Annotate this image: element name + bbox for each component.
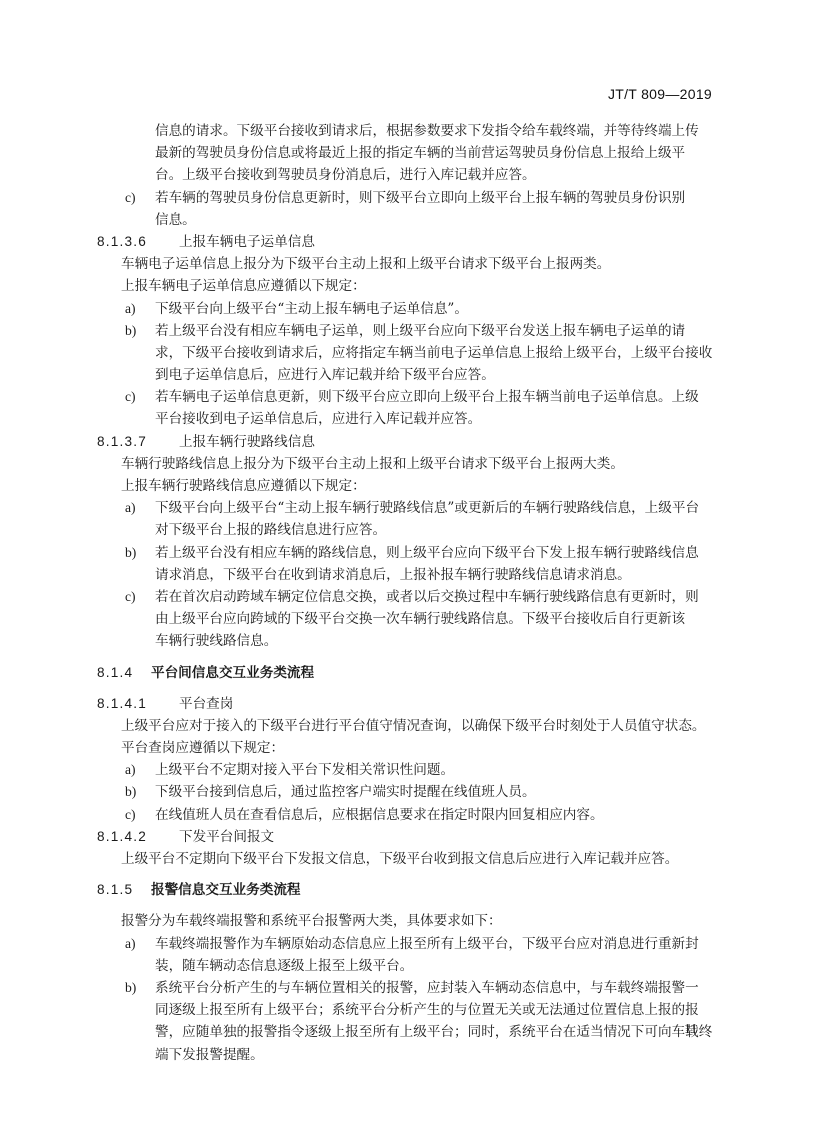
text-line: 对下级平台上报的路线信息进行应答。 bbox=[155, 519, 717, 541]
text-line: 车载终端报警作为车辆原始动态信息应上报至所有上级平台，下级平台应对消息进行重新封 bbox=[155, 933, 717, 955]
list-item: c) 在线值班人员在查看信息后，应根据信息要求在指定时限内回复相应内容。 bbox=[97, 804, 717, 826]
section-number: 8.1.4 bbox=[97, 662, 151, 684]
section-heading-8-1-5: 8.1.5报警信息交互业务类流程 bbox=[97, 879, 717, 901]
text-line: 车辆行驶线路信息。 bbox=[155, 630, 717, 652]
section-title: 上报车辆行驶路线信息 bbox=[179, 434, 315, 450]
list-item: b) 下级平台接到信息后，通过监控客户端实时提醒在线值班人员。 bbox=[97, 781, 717, 803]
text-line: 端下发报警提醒。 bbox=[155, 1044, 717, 1066]
list-item: a) 下级平台向上级平台“主动上报车辆电子运单信息”。 bbox=[97, 298, 717, 320]
text-line: 平台接收到电子运单信息后，应进行入库记载并应答。 bbox=[155, 408, 717, 430]
section-number: 8.1.4.2 bbox=[97, 826, 179, 848]
document-body: 信息的请求。下级平台接收到请求后，根据参数要求下发指令给车载终端，并等待终端上传… bbox=[97, 120, 717, 1066]
list-item: b) 系统平台分析产生的与车辆位置相关的报警，应封装入车辆动态信息中，与车载终端… bbox=[97, 977, 717, 1066]
text-line: 若上级平台没有相应车辆的路线信息，则上级平台应向下级平台下发上报车辆行驶路线信息 bbox=[155, 542, 717, 564]
paragraph: 报警分为车载终端报警和系统平台报警两大类，具体要求如下： bbox=[97, 910, 717, 932]
text-line: 在线值班人员在查看信息后，应根据信息要求在指定时限内回复相应内容。 bbox=[155, 804, 717, 826]
paragraph: 车辆电子运单信息上报分为下级平台主动上报和上级平台请求下级平台上报两类。 bbox=[97, 253, 717, 275]
text-line: 警，应随单独的报警指令逐级上报至所有上级平台；同时，系统平台在适当情况下可向车载… bbox=[155, 1021, 717, 1043]
list-item-label: a) bbox=[97, 759, 155, 781]
list-item: c) 若在首次启动跨域车辆定位信息交换，或者以后交换过程中车辆行驶线路信息有更新… bbox=[97, 586, 717, 653]
list-item-label: b) bbox=[97, 320, 155, 387]
section-title: 上报车辆电子运单信息 bbox=[179, 234, 315, 250]
text-line: 下级平台接到信息后，通过监控客户端实时提醒在线值班人员。 bbox=[155, 781, 717, 803]
list-item: b) 若上级平台没有相应车辆电子运单，则上级平台应向下级平台发送上报车辆电子运单… bbox=[97, 320, 717, 387]
text-line: 信息。 bbox=[155, 209, 717, 231]
section-title: 报警信息交互业务类流程 bbox=[151, 882, 301, 898]
list-item: a) 车载终端报警作为车辆原始动态信息应上报至所有上级平台，下级平台应对消息进行… bbox=[97, 933, 717, 977]
list-item-label: c) bbox=[97, 586, 155, 653]
list-item-label: c) bbox=[97, 386, 155, 430]
list-item: b) 若上级平台没有相应车辆的路线信息，则上级平台应向下级平台下发上报车辆行驶路… bbox=[97, 542, 717, 586]
text-line: 到电子运单信息后，应进行入库记载并给下级平台应答。 bbox=[155, 364, 717, 386]
list-item-label: c) bbox=[97, 187, 155, 231]
section-heading-8-1-4-1: 8.1.4.1平台查岗 bbox=[97, 693, 717, 715]
paragraph: 上报车辆电子运单信息应遵循以下规定： bbox=[97, 275, 717, 297]
text-line: 由上级平台应向跨域的下级平台交换一次车辆行驶线路信息。下级平台接收后自行更新该 bbox=[155, 608, 717, 630]
text-line: 若在首次启动跨域车辆定位信息交换，或者以后交换过程中车辆行驶线路信息有更新时，则 bbox=[155, 586, 717, 608]
list-item-label: b) bbox=[97, 977, 155, 1066]
section-number: 8.1.5 bbox=[97, 879, 151, 901]
section-number: 8.1.3.6 bbox=[97, 231, 179, 253]
text-line: 上级平台不定期对接入平台下发相关常识性问题。 bbox=[155, 759, 717, 781]
list-item: c) 若车辆电子运单信息更新，则下级平台应立即向上级平台上报车辆当前电子运单信息… bbox=[97, 386, 717, 430]
text-line: 若车辆电子运单信息更新，则下级平台应立即向上级平台上报车辆当前电子运单信息。上级 bbox=[155, 386, 717, 408]
section-heading-8-1-4: 8.1.4平台间信息交互业务类流程 bbox=[97, 662, 717, 684]
text-line: 台。上级平台接收到驾驶员身份消息后，进行入库记载并应答。 bbox=[97, 164, 717, 186]
section-number: 8.1.3.7 bbox=[97, 431, 179, 453]
text-line: 若上级平台没有相应车辆电子运单，则上级平台应向下级平台发送上报车辆电子运单的请 bbox=[155, 320, 717, 342]
text-line: 下级平台向上级平台“主动上报车辆电子运单信息”。 bbox=[155, 298, 717, 320]
text-line: 同逐级上报至所有上级平台；系统平台分析产生的与位置无关或无法通过位置信息上报的报 bbox=[155, 999, 717, 1021]
section-title: 下发平台间报文 bbox=[179, 829, 274, 845]
list-item-label: b) bbox=[97, 542, 155, 586]
paragraph: 上级平台不定期向下级平台下发报文信息，下级平台收到报文信息后应进行入库记载并应答… bbox=[97, 848, 717, 870]
text-line: 系统平台分析产生的与车辆位置相关的报警，应封装入车辆动态信息中，与车载终端报警一 bbox=[155, 977, 717, 999]
list-item-label: a) bbox=[97, 497, 155, 541]
list-item-label: c) bbox=[97, 804, 155, 826]
text-line: 装，随车辆动态信息逐级上报至上级平台。 bbox=[155, 955, 717, 977]
list-item-label: a) bbox=[97, 933, 155, 977]
list-item: a) 上级平台不定期对接入平台下发相关常识性问题。 bbox=[97, 759, 717, 781]
section-title: 平台间信息交互业务类流程 bbox=[151, 665, 314, 681]
section-title: 平台查岗 bbox=[179, 696, 233, 712]
list-item: a) 下级平台向上级平台“主动上报车辆行驶路线信息”或更新后的车辆行驶路线信息，… bbox=[97, 497, 717, 541]
text-line: 求，下级平台接收到请求后，应将指定车辆当前电子运单信息上报给上级平台，上级平台接… bbox=[155, 342, 717, 364]
paragraph: 上级平台应对于接入的下级平台进行平台值守情况查询，以确保下级平台时刻处于人员值守… bbox=[97, 715, 717, 737]
list-item: c) 若车辆的驾驶员身份信息更新时，则下级平台立即向上级平台上报车辆的驾驶员身份… bbox=[97, 187, 717, 231]
text-line: 下级平台向上级平台“主动上报车辆行驶路线信息”或更新后的车辆行驶路线信息，上级平… bbox=[155, 497, 717, 519]
section-heading-8-1-4-2: 8.1.4.2下发平台间报文 bbox=[97, 826, 717, 848]
text-line: 最新的驾驶员身份信息或将最近上报的指定车辆的当前营运驾驶员身份信息上报给上级平 bbox=[97, 142, 717, 164]
section-heading-8-1-3-6: 8.1.3.6上报车辆电子运单信息 bbox=[97, 231, 717, 253]
paragraph: 平台查岗应遵循以下规定： bbox=[97, 737, 717, 759]
list-item-label: b) bbox=[97, 781, 155, 803]
text-line: 请求消息，下级平台在收到请求消息后，上报补报车辆行驶路线信息请求消息。 bbox=[155, 564, 717, 586]
list-item-label: a) bbox=[97, 298, 155, 320]
document-standard-number: JT/T 809—2019 bbox=[608, 86, 712, 102]
text-line: 若车辆的驾驶员身份信息更新时，则下级平台立即向上级平台上报车辆的驾驶员身份识别 bbox=[155, 187, 717, 209]
section-number: 8.1.4.1 bbox=[97, 693, 179, 715]
paragraph: 车辆行驶路线信息上报分为下级平台主动上报和上级平台请求下级平台上报两大类。 bbox=[97, 453, 717, 475]
page-number: 11 bbox=[684, 1022, 697, 1038]
text-line: 信息的请求。下级平台接收到请求后，根据参数要求下发指令给车载终端，并等待终端上传 bbox=[97, 120, 717, 142]
section-heading-8-1-3-7: 8.1.3.7上报车辆行驶路线信息 bbox=[97, 431, 717, 453]
paragraph: 上报车辆行驶路线信息应遵循以下规定： bbox=[97, 475, 717, 497]
